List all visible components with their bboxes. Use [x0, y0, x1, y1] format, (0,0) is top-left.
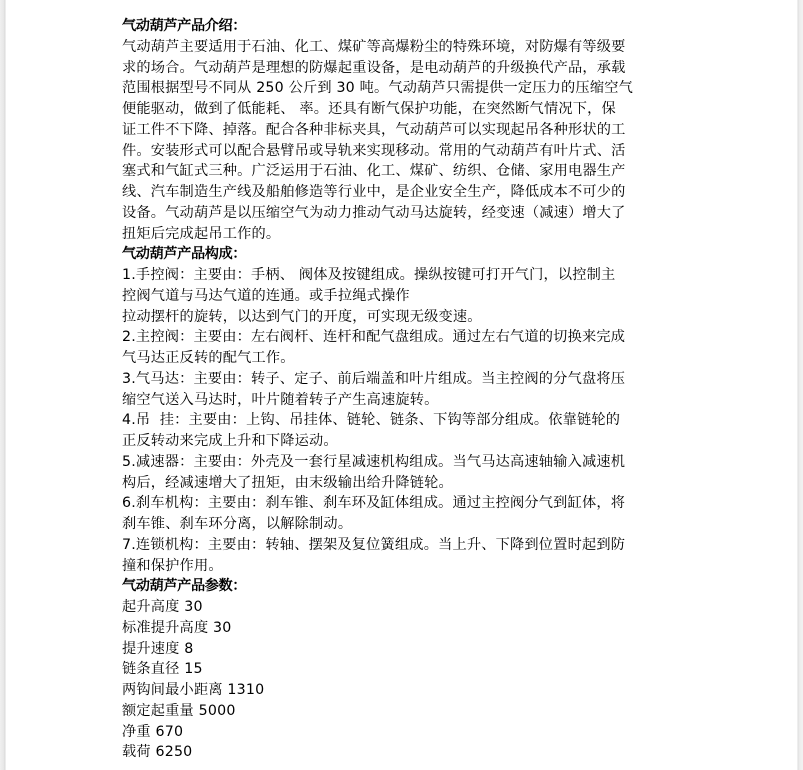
component-line: 拉动摆杆的旋转，以达到气门的开度，可实现无级变速。: [122, 307, 680, 328]
parameter-row: 标准提升高度 30: [122, 618, 680, 639]
paragraph-line: 扭矩后完成起吊工作的。: [122, 224, 680, 245]
paragraph-line: 气动葫芦主要适用于石油、化工、煤矿等高爆粉尘的特殊环境，对防爆有等级要: [122, 37, 680, 58]
component-line: 撞和保护作用。: [122, 556, 680, 577]
parameter-row: 链条直径 15: [122, 659, 680, 680]
parameter-row: 净重 670: [122, 722, 680, 743]
component-line: 2.主控阀：主要由：左右阀杆、连杆和配气盘组成。通过左右气道的切换来完成: [122, 327, 680, 348]
component-line: 6.刹车机构：主要由：刹车锥、刹车环及缸体组成。通过主控阀分气到缸体，将: [122, 493, 680, 514]
parameter-row: 两钩间最小距离 1310: [122, 680, 680, 701]
paragraph-line: 塞式和气缸式三种。广泛运用于石油、化工、煤矿、纺织、仓储、家用电器生产: [122, 161, 680, 182]
right-page-edge: [797, 0, 803, 770]
component-line: 缩空气送入马达时，叶片随着转子产生高速旋转。: [122, 390, 680, 411]
paragraph-line: 设备。气动葫芦是以压缩空气为动力推动气动马达旋转，经变速（减速）增大了: [122, 203, 680, 224]
section-heading-introduction: 气动葫芦产品介绍：: [122, 16, 680, 37]
component-line: 1.手控阀：主要由：手柄、 阀体及按键组成。操纵按键可打开气门，以控制主: [122, 265, 680, 286]
paragraph-line: 便能驱动，做到了低能耗、 率。还具有断气保护功能，在突然断气情况下，保: [122, 99, 680, 120]
paragraph-line: 范围根据型号不同从 250 公斤到 30 吨。气动葫芦只需提供一定压力的压缩空气: [122, 78, 680, 99]
parameter-row: 载荷 6250: [122, 742, 680, 763]
parameter-row: 提升速度 8: [122, 639, 680, 660]
section-composition: 气动葫芦产品构成： 1.手控阀：主要由：手柄、 阀体及按键组成。操纵按键可打开气…: [122, 244, 680, 576]
component-line: 3.气马达：主要由：转子、定子、前后端盖和叶片组成。当主控阀的分气盘将压: [122, 369, 680, 390]
component-line: 5.减速器：主要由：外壳及一套行星减速机构组成。当气马达高速轴输入减速机: [122, 452, 680, 473]
paragraph-line: 求的场合。气动葫芦是理想的防爆起重设备，是电动葫芦的升级换代产品，承载: [122, 58, 680, 79]
document-page: 气动葫芦产品介绍： 气动葫芦主要适用于石油、化工、煤矿等高爆粉尘的特殊环境，对防…: [122, 16, 680, 763]
paragraph-line: 线、汽车制造生产线及船舶修造等行业中，是企业安全生产，降低成本不可少的: [122, 182, 680, 203]
parameter-row: 额定起重量 5000: [122, 701, 680, 722]
paragraph-line: 证工件不下降、掉落。配合各种非标夹具，气动葫芦可以实现起吊各种形状的工: [122, 120, 680, 141]
parameter-row: 起升高度 30: [122, 597, 680, 618]
section-heading-parameters: 气动葫芦产品参数：: [122, 576, 680, 597]
component-line: 正反转动来完成上升和下降运动。: [122, 431, 680, 452]
section-parameters: 气动葫芦产品参数： 起升高度 30 标准提升高度 30 提升速度 8 链条直径 …: [122, 576, 680, 763]
component-line: 4.吊 挂：主要由：上钩、吊挂体、链轮、链条、下钩等部分组成。依靠链轮的: [122, 410, 680, 431]
section-heading-composition: 气动葫芦产品构成：: [122, 244, 680, 265]
component-line: 7.连锁机构：主要由：转轴、摆架及复位簧组成。当上升、下降到位置时起到防: [122, 535, 680, 556]
component-line: 构后，经减速增大了扭矩，由末级输出给升降链轮。: [122, 473, 680, 494]
section-introduction: 气动葫芦产品介绍： 气动葫芦主要适用于石油、化工、煤矿等高爆粉尘的特殊环境，对防…: [122, 16, 680, 244]
left-page-edge: [0, 0, 6, 770]
paragraph-line: 件。安装形式可以配合悬臂吊或导轨来实现移动。常用的气动葫芦有叶片式、活: [122, 141, 680, 162]
component-line: 气马达正反转的配气工作。: [122, 348, 680, 369]
component-line: 控阀气道与马达气道的连通。或手拉绳式操作: [122, 286, 680, 307]
component-line: 刹车锥、刹车环分离，以解除制动。: [122, 514, 680, 535]
